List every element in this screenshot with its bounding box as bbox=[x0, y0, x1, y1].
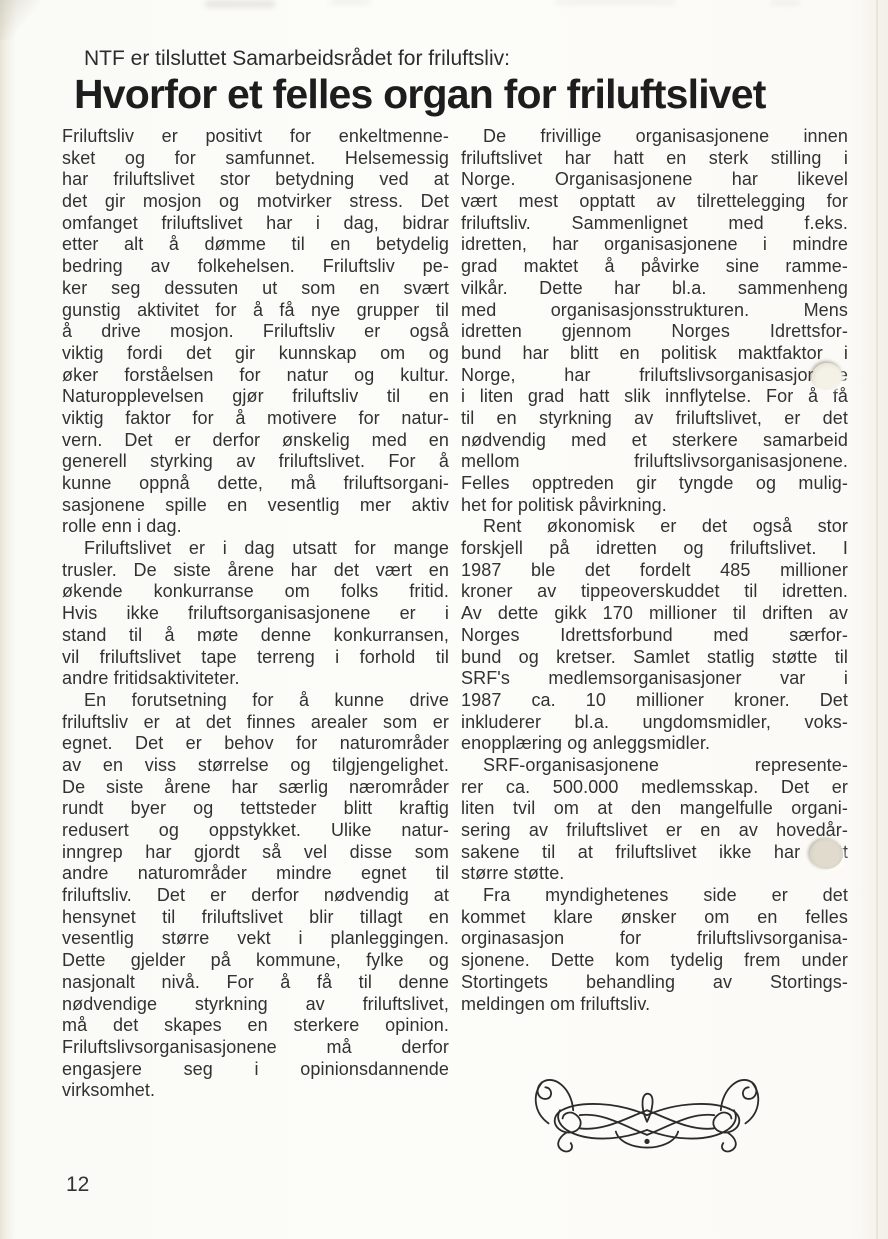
text-line: Norges Idrettsforbund med særfor- bbox=[461, 625, 848, 647]
text-line: å drive mosjon. Friluftsliv er også bbox=[62, 321, 449, 343]
text-line: må det skapes en sterkere opinion. bbox=[62, 1015, 449, 1037]
text-line: nødvendig med et sterkere samarbeid bbox=[461, 430, 848, 452]
text-line: inngrep har gjordt så vel disse som bbox=[62, 842, 449, 864]
text-line: bund og kretser. Samlet statlig støtte t… bbox=[461, 647, 848, 669]
text-line: engasjere seg i opinionsdannende bbox=[62, 1059, 449, 1081]
text-line: liten tvil om at den mangelfulle organi- bbox=[461, 798, 848, 820]
text-line: SRF-organisasjonene represente- bbox=[461, 755, 848, 777]
text-line: Naturopplevelsen gjør friluftsliv til en bbox=[62, 386, 449, 408]
hole-punch bbox=[810, 839, 843, 869]
kicker: NTF er tilsluttet Samarbeidsrådet for fr… bbox=[84, 47, 784, 71]
text-line: forskjell på idretten og friluftslivet. … bbox=[461, 538, 848, 560]
text-line: Felles opptreden gir tyngde og mulig- bbox=[461, 473, 848, 495]
paragraph: Fra myndighetenes side er detkommet klar… bbox=[461, 885, 848, 1015]
text-line: vilkår. Dette har bl.a. sammenheng bbox=[461, 278, 848, 300]
text-line: sasjonene spille en vesentlig mer aktiv bbox=[62, 495, 449, 517]
text-line: 1987 ble det fordelt 485 millioner bbox=[461, 560, 848, 582]
text-line: Friluftslivsorganisasjonene må derfor bbox=[62, 1037, 449, 1059]
page-edge-line bbox=[876, 0, 878, 1239]
text-line: idretten, har organisasjonene i mindre bbox=[461, 234, 848, 256]
text-line: viktig faktor for å motivere for natur- bbox=[62, 408, 449, 430]
page-title: Hvorfor et felles organ for friluftslive… bbox=[74, 72, 874, 116]
flourish-ornament bbox=[524, 1062, 770, 1170]
text-line: inkluderer bl.a. ungdomsmidler, voks- bbox=[461, 712, 848, 734]
page-number: 12 bbox=[66, 1173, 89, 1197]
text-line: stand til å møte denne konkurransen, bbox=[62, 625, 449, 647]
text-line: Hvis ikke friluftsorganisasjonene er i bbox=[62, 603, 449, 625]
text-line: hensynet til friluftslivet blir tillagt … bbox=[62, 907, 449, 929]
text-line: det gir mosjon og motvirker stress. Det bbox=[62, 191, 449, 213]
text-line: het for politisk påvirkning. bbox=[461, 495, 848, 517]
scan-smudge bbox=[555, 0, 675, 4]
text-line: SRF's medlemsorganisasjoner var i bbox=[461, 668, 848, 690]
paragraph: De frivillige organisasjonene innenfrilu… bbox=[461, 126, 848, 516]
text-line: viktig fordi det gir kunnskap om og bbox=[62, 343, 449, 365]
text-line: sket og for samfunnet. Helsemessig bbox=[62, 148, 449, 170]
text-line: friluftsliv er at det finnes arealer som… bbox=[62, 712, 449, 734]
text-line: har friluftslivet stor betydning ved at bbox=[62, 169, 449, 191]
text-line: bund har blitt en politisk maktfaktor i bbox=[461, 343, 848, 365]
text-line: generell styrking av friluftslivet. For … bbox=[62, 451, 449, 473]
text-line: økende konkurranse om folks fritid. bbox=[62, 581, 449, 603]
scan-smudge bbox=[770, 1, 800, 5]
text-line: virksomhet. bbox=[62, 1080, 449, 1102]
text-line: meldingen om friluftsliv. bbox=[461, 994, 848, 1016]
text-line: kroner av tippeoverskuddet til idretten. bbox=[461, 581, 848, 603]
hole-punch bbox=[812, 363, 842, 390]
text-line: redusert og oppstykket. Ulike natur- bbox=[62, 820, 449, 842]
text-line: trusler. De siste årene har det vært en bbox=[62, 560, 449, 582]
text-line: av en viss størrelse og tilgjengelighet. bbox=[62, 755, 449, 777]
text-line: sjonene. Dette kom tydelig frem under bbox=[461, 950, 848, 972]
paragraph: SRF-organisasjonene represente-rer ca. 5… bbox=[461, 755, 848, 885]
text-line: Rent økonomisk er det også stor bbox=[461, 516, 848, 538]
text-line: større støtte. bbox=[461, 863, 848, 885]
text-line: omfanget friluftslivet har i dag, bidrar bbox=[62, 213, 449, 235]
article-column-right: De frivillige organisasjonene innenfrilu… bbox=[461, 126, 848, 1015]
text-line: kommet klare ønsker om en felles bbox=[461, 907, 848, 929]
paragraph: Rent økonomisk er det også storforskjell… bbox=[461, 516, 848, 755]
text-line: vært mest opptatt av tilrettelegging for bbox=[461, 191, 848, 213]
text-line: De frivillige organisasjonene innen bbox=[461, 126, 848, 148]
text-line: bedring av folkehelsen. Friluftsliv pe- bbox=[62, 256, 449, 278]
text-line: mellom friluftslivsorganisasjonene. bbox=[461, 451, 848, 473]
text-line: enopplæring og anleggsmidler. bbox=[461, 733, 848, 755]
text-line: Friluftslivet er i dag utsatt for mange bbox=[62, 538, 449, 560]
text-line: rundt byer og tettsteder blitt kraftig bbox=[62, 798, 449, 820]
text-line: 1987 ca. 10 millioner kroner. Det bbox=[461, 690, 848, 712]
text-line: Av dette gikk 170 millioner til driften … bbox=[461, 603, 848, 625]
text-line: vern. Det er derfor ønskelig med en bbox=[62, 430, 449, 452]
text-line: nasjonalt nivå. For å få til denne bbox=[62, 972, 449, 994]
text-line: nødvendige styrkning av friluftslivet, bbox=[62, 994, 449, 1016]
text-line: egnet. Det er behov for naturområder bbox=[62, 733, 449, 755]
text-line: idretten gjennom Norges Idrettsfor- bbox=[461, 321, 848, 343]
text-line: kunne oppnå dette, må friluftsorgani- bbox=[62, 473, 449, 495]
text-line: friluftslivet har hatt en sterk stilling… bbox=[461, 148, 848, 170]
article-column-left: Friluftsliv er positivt for enkeltmenne-… bbox=[62, 126, 449, 1102]
scan-smudge bbox=[205, 1, 275, 7]
text-line: Friluftsliv er positivt for enkeltmenne- bbox=[62, 126, 449, 148]
text-line: Fra myndighetenes side er det bbox=[461, 885, 848, 907]
text-line: andre fritidsaktiviteter. bbox=[62, 668, 449, 690]
text-line: rolle enn i dag. bbox=[62, 516, 449, 538]
text-line: øker forståelsen for natur og kultur. bbox=[62, 365, 449, 387]
text-line: sering av friluftslivet er en av hovedår… bbox=[461, 820, 848, 842]
text-line: etter alt å dømme til en betydelig bbox=[62, 234, 449, 256]
text-line: friluftsliv. Sammenlignet med f.eks. bbox=[461, 213, 848, 235]
text-line: andre naturområder mindre egnet til bbox=[62, 863, 449, 885]
text-line: Norge. Organisasjonene har likevel bbox=[461, 169, 848, 191]
paragraph: En forutsetning for å kunne drivefriluft… bbox=[62, 690, 449, 1102]
text-line: friluftsliv. Det er derfor nødvendig at bbox=[62, 885, 449, 907]
text-line: Dette gjelder på kommune, fylke og bbox=[62, 950, 449, 972]
text-line: sakene til at friluftslivet ikke har fåt… bbox=[461, 842, 848, 864]
text-line: ker seg dessuten ut som en svært bbox=[62, 278, 449, 300]
text-line: til en styrkning av friluftslivet, er de… bbox=[461, 408, 848, 430]
paragraph: Friluftslivet er i dag utsatt for manget… bbox=[62, 538, 449, 690]
scanned-page: NTF er tilsluttet Samarbeidsrådet for fr… bbox=[0, 0, 888, 1239]
text-line: En forutsetning for å kunne drive bbox=[62, 690, 449, 712]
text-line: rer ca. 500.000 medlemsskap. Det er bbox=[461, 777, 848, 799]
text-line: i liten grad hatt slik innflytelse. For … bbox=[461, 386, 848, 408]
text-line: Stortingets behandling av Stortings- bbox=[461, 972, 848, 994]
page-corner-shadow bbox=[0, 0, 52, 40]
text-line: vesentlig større vekt i planleggingen. bbox=[62, 928, 449, 950]
text-line: Norge, har friluftslivsorganisasjonene bbox=[461, 365, 848, 387]
text-line: med organisasjonsstrukturen. Mens bbox=[461, 300, 848, 322]
text-line: vil friluftslivet tape terreng i forhold… bbox=[62, 647, 449, 669]
scan-smudge bbox=[330, 0, 370, 4]
text-line: grad maktet å påvirke sine ramme- bbox=[461, 256, 848, 278]
text-line: gunstig aktivitet for å få nye grupper t… bbox=[62, 300, 449, 322]
paragraph: Friluftsliv er positivt for enkeltmenne-… bbox=[62, 126, 449, 538]
text-line: orginasasjon for friluftslivsorganisa- bbox=[461, 928, 848, 950]
text-line: De siste årene har særlig nærområder bbox=[62, 777, 449, 799]
